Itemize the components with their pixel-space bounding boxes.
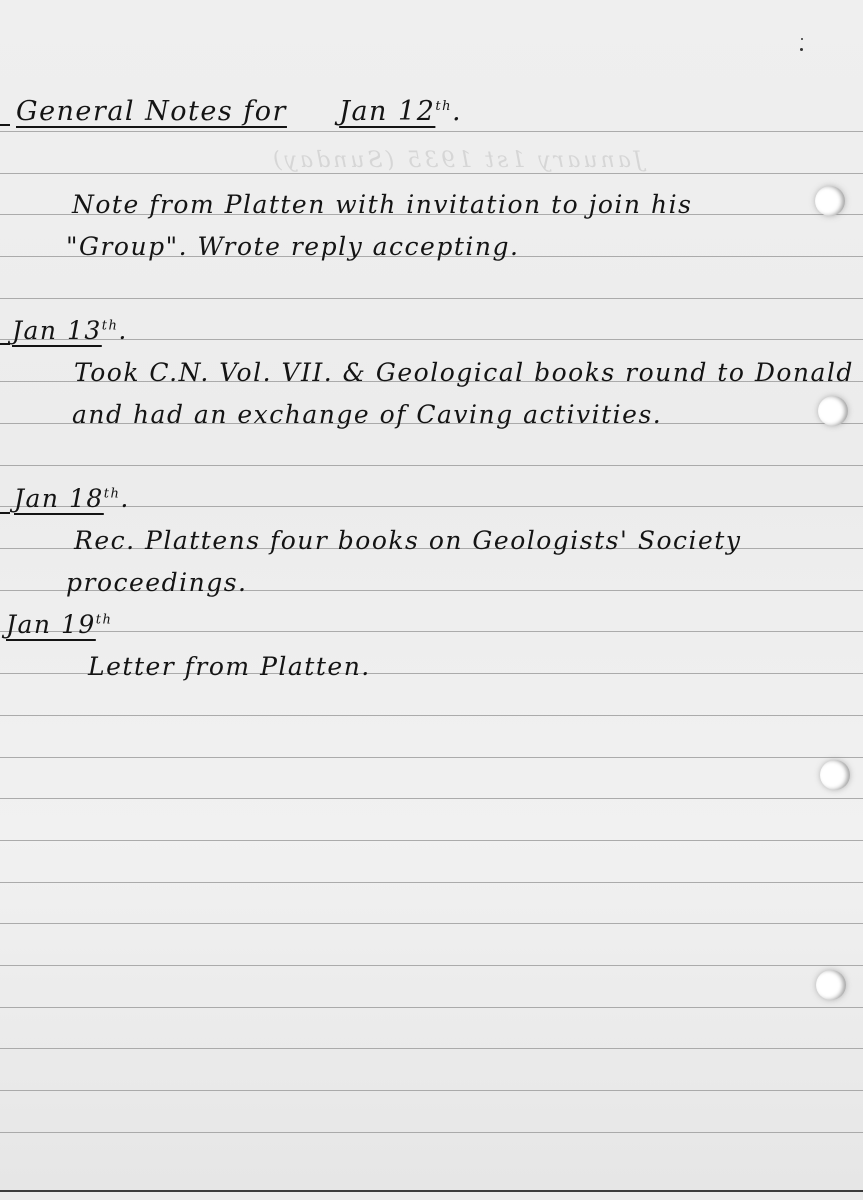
entry-line: Letter from Platten. xyxy=(88,652,371,681)
ruled-line xyxy=(0,840,863,841)
margin-dash xyxy=(0,124,10,126)
entry-date-text: Jan 18 xyxy=(14,484,104,513)
ruled-line xyxy=(0,965,863,966)
show-through-text: January 1st 1935 (Sunday) xyxy=(270,148,643,173)
entry-line: Rec. Plattens four books on Geologists' … xyxy=(74,526,741,555)
ruled-line xyxy=(0,882,863,883)
punch-hole xyxy=(818,396,848,426)
entry-line: Note from Platten with invitation to joi… xyxy=(72,190,692,219)
punch-hole xyxy=(815,186,845,216)
ruled-line xyxy=(0,923,863,924)
heading-period: . xyxy=(452,96,462,127)
heading-text: General Notes for xyxy=(16,96,287,127)
ruled-line xyxy=(0,298,863,299)
ruled-line xyxy=(0,1132,863,1133)
entry-date-suffix: th xyxy=(96,613,113,628)
ruled-line xyxy=(0,131,863,132)
margin-dash xyxy=(0,512,10,514)
entry-date-suffix: th xyxy=(102,319,119,334)
ruled-line xyxy=(0,465,863,466)
entry-line: and had an exchange of Caving activities… xyxy=(72,400,662,429)
page-heading: General Notes for Jan 12th. xyxy=(16,96,462,127)
punch-hole xyxy=(820,760,850,790)
entry-date: Jan 13th. xyxy=(12,316,128,345)
margin-dash xyxy=(0,343,10,345)
entry-date-text: Jan 13 xyxy=(12,316,102,345)
ruled-line xyxy=(0,715,863,716)
ink-speck xyxy=(801,38,803,40)
ruled-line xyxy=(0,1007,863,1008)
ruled-line xyxy=(0,1090,863,1091)
entry-date-text: Jan 19 xyxy=(6,610,96,639)
ruled-line xyxy=(0,339,863,340)
entry-line: Took C.N. Vol. VII. & Geological books r… xyxy=(74,358,854,387)
punch-hole xyxy=(816,970,846,1000)
entry-date-suffix: th xyxy=(104,487,121,502)
heading-date: Jan 12 xyxy=(339,96,435,127)
ruled-line xyxy=(0,173,863,174)
notebook-page: January 1st 1935 (Sunday) General Notes … xyxy=(0,0,863,1192)
entry-date: Jan 19th xyxy=(6,610,112,639)
heading-date-suffix: th xyxy=(435,99,452,114)
ink-speck xyxy=(800,48,803,51)
entry-line: "Group". Wrote reply accepting. xyxy=(66,232,519,261)
entry-line: proceedings. xyxy=(66,568,247,597)
ruled-line xyxy=(0,1048,863,1049)
entry-date: Jan 18th. xyxy=(14,484,130,513)
ruled-line xyxy=(0,798,863,799)
ruled-line xyxy=(0,631,863,632)
ruled-line xyxy=(0,757,863,758)
